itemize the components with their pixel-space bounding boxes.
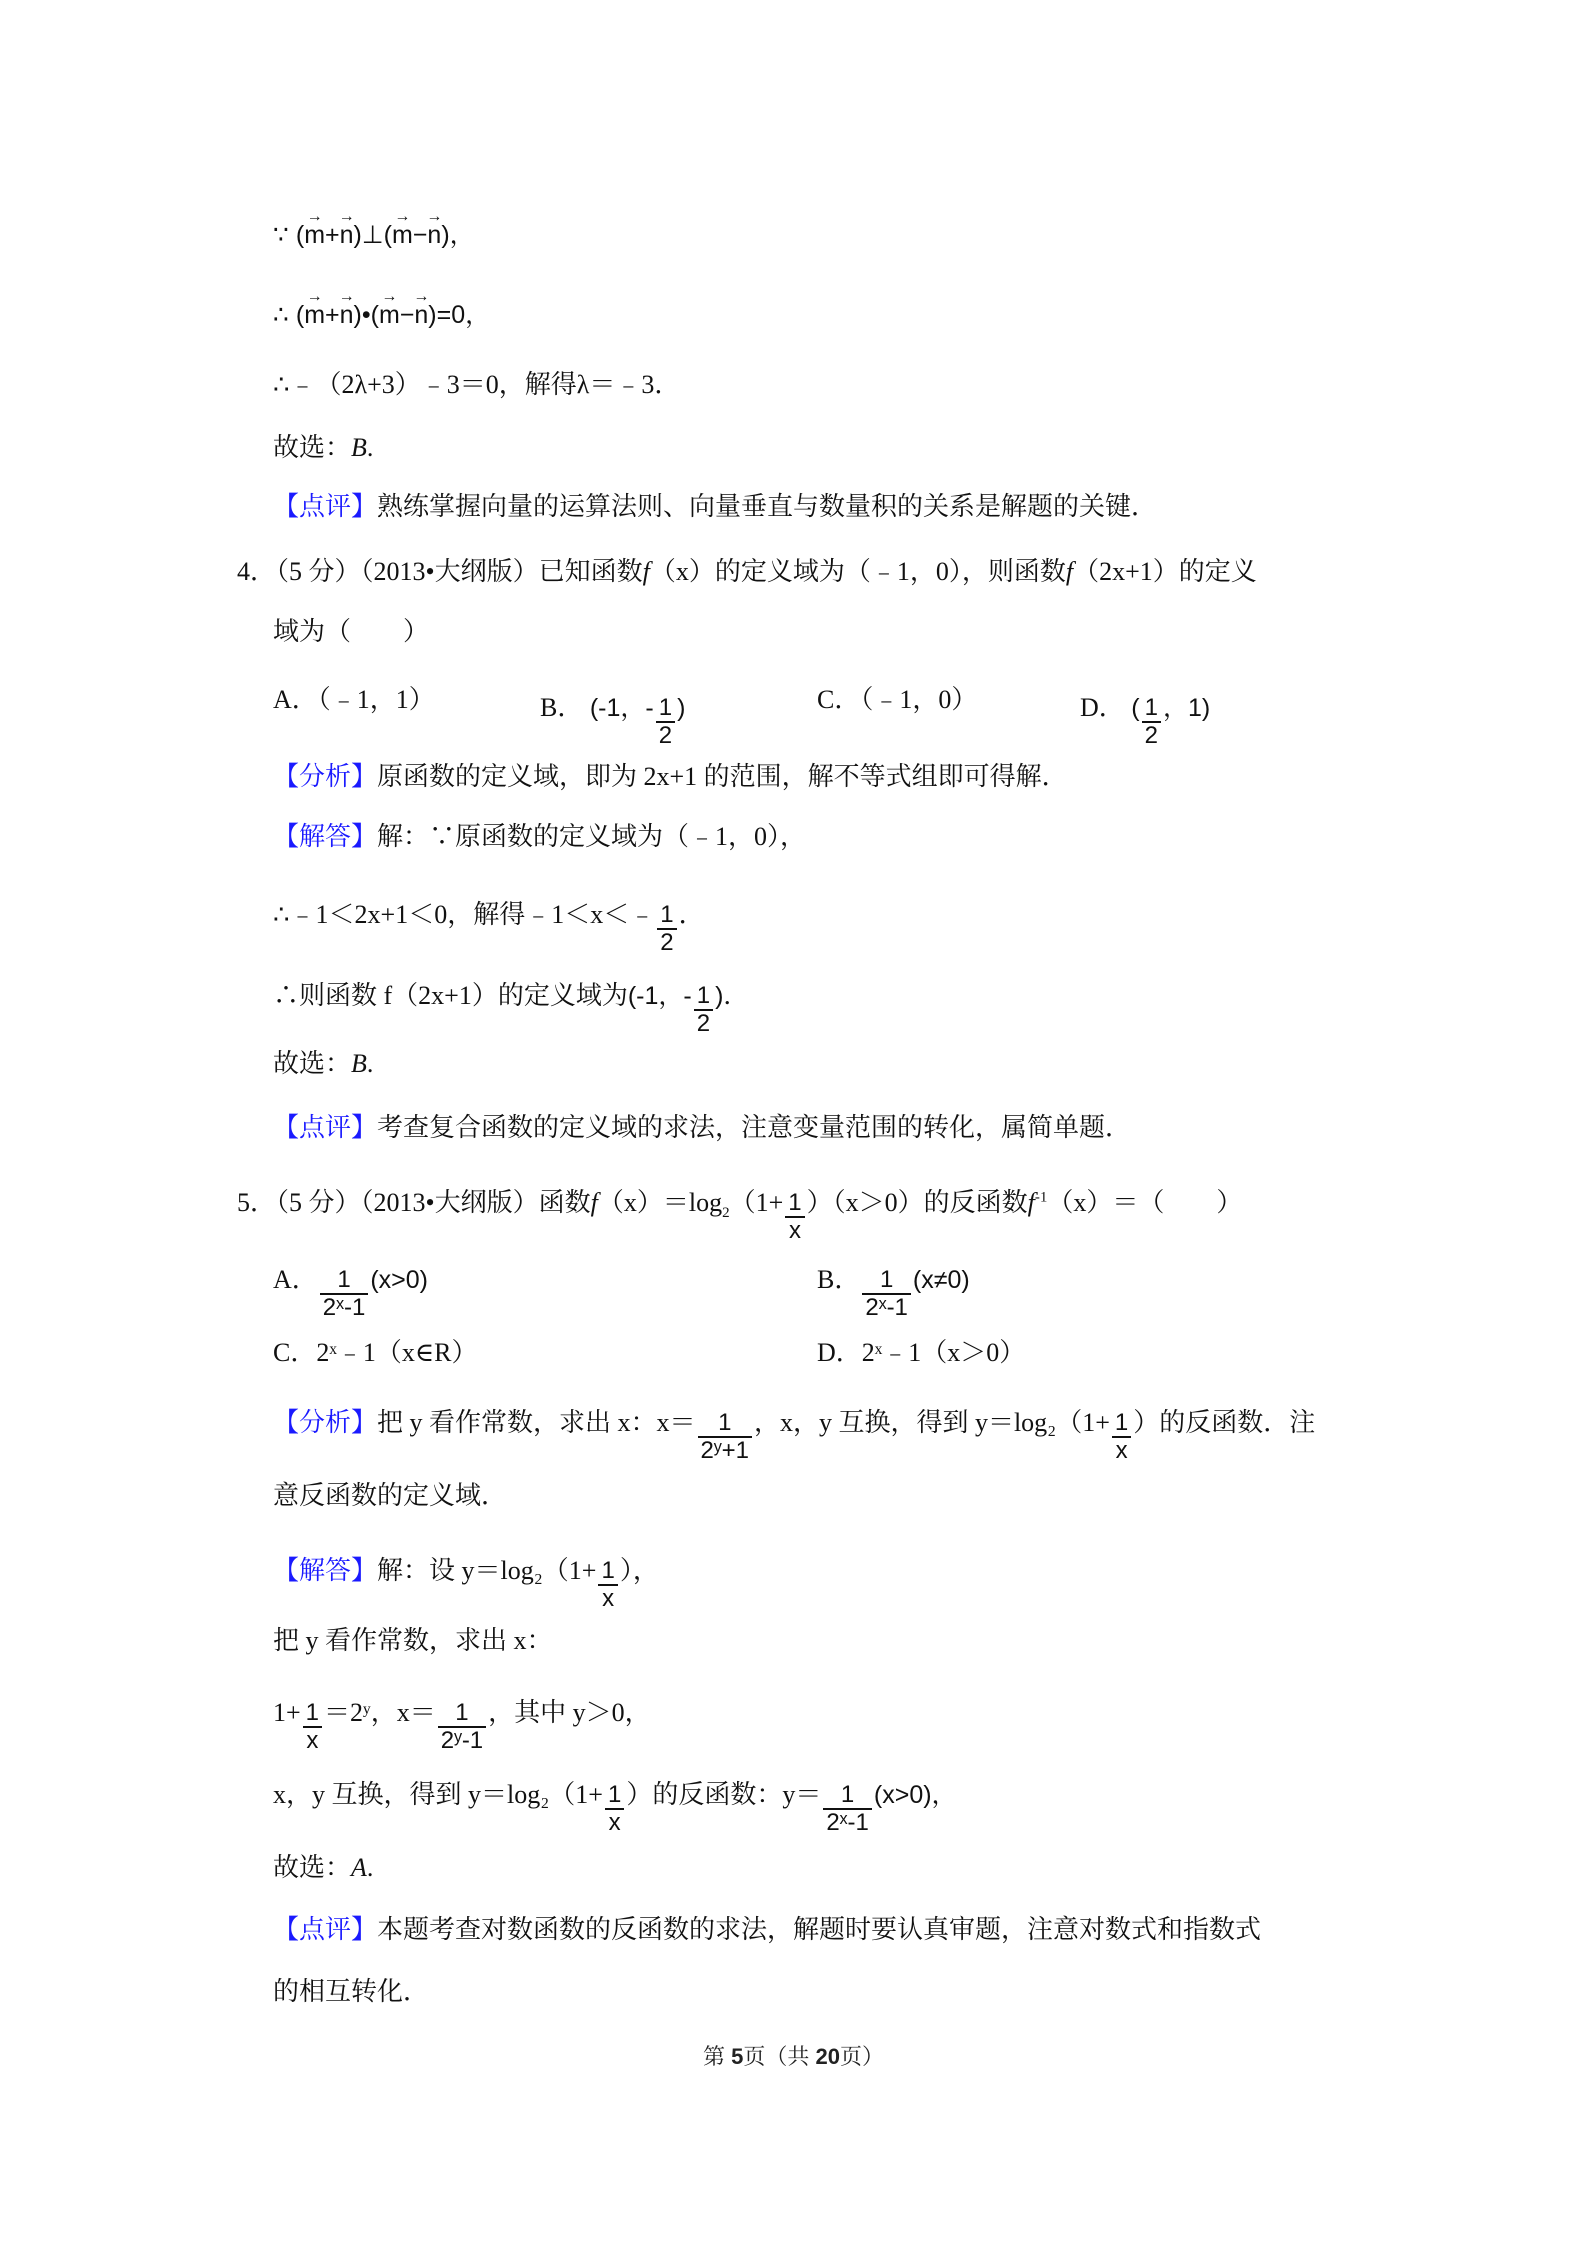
fraction: 1x (303, 1700, 322, 1754)
option-text: （﹣1，0） (860, 685, 977, 714)
numerator: 1 (657, 902, 676, 930)
q4-option-d[interactable]: D． (12，1) (1080, 683, 1210, 737)
solution-text: 解：∵原函数的定义域为（﹣1，0）， (377, 822, 806, 851)
q5-analysis: 【分析】把 y 看作常数，求出 x：x＝12ʸ+1，x，y 互换，得到 y＝lo… (273, 1398, 1315, 1452)
q3-perp-line: ∵ (m+n)⊥(m−n)， (273, 218, 475, 252)
fraction: 12ˣ-1 (823, 1782, 872, 1836)
q4-solution-l3: ∴则函数 f（2x+1）的定义域为(-1，-12)． (273, 971, 748, 1025)
option-math: (-1，- (590, 694, 654, 722)
question-number: 5． (237, 1188, 276, 1217)
fraction: 12ʸ+1 (698, 1410, 752, 1464)
fraction: 1x (785, 1190, 804, 1244)
solution-text: 解：设 y＝log₂（1+ (377, 1556, 596, 1585)
numerator: 1 (823, 1782, 872, 1810)
solution-math: )． (715, 982, 748, 1010)
fraction: 1x (1112, 1410, 1131, 1464)
page-footer: 第 5页（共 20页） (0, 2040, 1587, 2071)
answer-prefix: 故选： (273, 433, 351, 462)
total-pages: 20 (816, 2044, 840, 2069)
numerator: 1 (698, 1410, 752, 1438)
option-text: 2ˣ﹣1（x∈R） (316, 1338, 477, 1367)
answer-prefix: 故选： (273, 1853, 351, 1882)
answer-letter: B (351, 1049, 367, 1078)
solution-math: (x>0)， (874, 1781, 957, 1809)
stem-part: （x）＝（ ） (1047, 1188, 1242, 1217)
option-label: A． (273, 685, 318, 714)
stem-part: （1+ (730, 1188, 784, 1217)
question-header: （5 分）（2013•大纲版）已知函数 (276, 557, 643, 586)
q4-solution-l2: ∴﹣1＜2x+1＜0，解得﹣1＜x＜﹣12． (273, 890, 705, 944)
denominator: 2ˣ-1 (862, 1295, 911, 1321)
q5-option-d[interactable]: D．2ˣ﹣1（x＞0） (817, 1336, 1025, 1370)
comma: ， (450, 221, 475, 249)
denominator: 2 (657, 930, 676, 956)
analysis-text: ，x，y 互换，得到 y＝log₂（1+ (754, 1408, 1110, 1437)
option-label: D． (1080, 693, 1125, 722)
solution-text: ＝2ʸ，x＝ (324, 1698, 436, 1727)
fraction: 1x (598, 1558, 617, 1612)
comment-text: 本题考查对数函数的反函数的求法，解题时要认真审题，注意对数式和指数式 (377, 1915, 1261, 1944)
stem-part: （x）＝log (598, 1188, 722, 1217)
fraction: 12 (657, 902, 676, 956)
solution-text: 1+ (273, 1698, 301, 1727)
numerator: 1 (656, 695, 675, 723)
f-symbol: f (591, 1188, 598, 1217)
q5-option-b[interactable]: B．12ˣ-1(x≠0) (817, 1255, 970, 1309)
q5-stem: 5．（5 分）（2013•大纲版）函数f（x）＝log2（1+1x）（x＞0）的… (237, 1178, 1242, 1232)
comment-tag: 【点评】 (273, 1113, 377, 1142)
numerator: 1 (694, 983, 713, 1011)
analysis-text: 原函数的定义域，即为 2x+1 的范围，解不等式组即可得解． (377, 762, 1068, 791)
fraction: 12ˣ-1 (862, 1267, 911, 1321)
stem-part: （2x+1）的定义 (1073, 557, 1257, 586)
q5-analysis-l2: 意反函数的定义域． (273, 1479, 507, 1513)
solution-text: ． (679, 900, 705, 929)
numerator: 1 (862, 1267, 911, 1295)
vector-n: n (340, 218, 354, 252)
q5-comment: 【点评】本题考查对数函数的反函数的求法，解题时要认真审题，注意对数式和指数式 (273, 1913, 1261, 1947)
option-label: C． (273, 1338, 316, 1367)
denominator: 2 (656, 723, 675, 749)
option-math: ) (677, 694, 685, 722)
option-math: ，1) (1163, 694, 1210, 722)
fraction: 12 (656, 695, 675, 749)
q5-option-a[interactable]: A．12ˣ-1(x>0) (273, 1255, 428, 1309)
q3-answer: 故选：B. (273, 431, 373, 465)
q4-comment: 【点评】考查复合函数的定义域的求法，注意变量范围的转化，属简单题． (273, 1111, 1131, 1145)
solution-text: ，其中 y＞0， (488, 1698, 651, 1727)
denominator: x (303, 1728, 322, 1754)
option-label: C． (817, 685, 860, 714)
solution-text: x，y 互换，得到 y＝log₂（1+ (273, 1780, 603, 1809)
denominator: 2ʸ+1 (698, 1438, 752, 1464)
option-label: B． (540, 693, 583, 722)
question-number: 4． (237, 557, 276, 586)
numerator: 1 (785, 1190, 804, 1218)
fraction: 12ˣ-1 (320, 1267, 369, 1321)
solution-math: (-1，- (628, 982, 692, 1010)
vector-m: m (304, 298, 325, 332)
solution-text: ）的反函数：y＝ (626, 1780, 821, 1809)
q4-option-b[interactable]: B． (-1，-12) (540, 683, 685, 737)
denominator: 2ˣ-1 (823, 1810, 872, 1836)
vector-m: m (392, 218, 413, 252)
option-condition: (x≠0) (913, 1266, 970, 1294)
option-label: D． (817, 1338, 862, 1367)
footer-text: 页（共 (743, 2044, 815, 2069)
answer-prefix: 故选： (273, 1049, 351, 1078)
footer-text: 第 (703, 2044, 731, 2069)
comment-tag: 【点评】 (273, 1915, 377, 1944)
numerator: 1 (438, 1700, 486, 1728)
answer-letter: A (351, 1853, 367, 1882)
q3-comment: 【点评】熟练掌握向量的运算法则、向量垂直与数量积的关系是解题的关键． (273, 490, 1157, 524)
denominator: x (785, 1218, 804, 1244)
inverse-exponent: -1 (1035, 1189, 1048, 1205)
denominator: 2 (694, 1011, 713, 1037)
comma: ， (465, 301, 490, 329)
fraction: 12 (1142, 695, 1161, 749)
footer-text: 页） (840, 2044, 884, 2069)
option-condition: (x>0) (370, 1266, 428, 1294)
therefore-symbol: ∴ (273, 301, 289, 329)
solution-tag: 【解答】 (273, 1556, 377, 1585)
analysis-tag: 【分析】 (273, 762, 377, 791)
solution-text: ∴则函数 f（2x+1）的定义域为 (273, 981, 628, 1010)
q5-solution-l3: 1+1x＝2ʸ，x＝12ʸ-1，其中 y＞0， (273, 1688, 651, 1742)
q5-comment-l2: 的相互转化． (273, 1975, 429, 2009)
f-symbol: f (1028, 1188, 1035, 1217)
numerator: 1 (320, 1267, 369, 1295)
numerator: 1 (605, 1782, 624, 1810)
q3-solve-line: ∴﹣（2λ+3）﹣3＝0，解得λ＝﹣3． (273, 368, 680, 402)
q5-solution-l4: x，y 互换，得到 y＝log₂（1+1x）的反函数：y＝12ˣ-1(x>0)， (273, 1770, 957, 1824)
current-page: 5 (731, 2044, 743, 2069)
fraction: 12 (694, 983, 713, 1037)
q3-dot-line: ∴ (m+n)•(m−n)=0， (273, 298, 490, 332)
comment-text: 考查复合函数的定义域的求法，注意变量范围的转化，属简单题． (377, 1113, 1131, 1142)
denominator: x (605, 1810, 624, 1836)
vector-n: n (340, 298, 354, 332)
answer-letter: B (351, 433, 367, 462)
log-base: 2 (722, 1205, 730, 1221)
q4-stem-line2: 域为（ ） (273, 615, 429, 649)
numerator: 1 (598, 1558, 617, 1586)
stem-part: （x）的定义域为（﹣1，0），则函数 (650, 557, 1066, 586)
q4-stem: 4．（5 分）（2013•大纲版）已知函数f（x）的定义域为（﹣1，0），则函数… (237, 555, 1257, 589)
because-symbol: ∵ (273, 221, 289, 249)
q5-solution-l1: 【解答】解：设 y＝log₂（1+1x）， (273, 1546, 659, 1600)
numerator: 1 (1142, 695, 1161, 723)
analysis-tag: 【分析】 (273, 1408, 377, 1437)
solution-text: ）， (620, 1556, 659, 1585)
vector-n: n (414, 298, 428, 332)
solution-text: ∴﹣1＜2x+1＜0，解得﹣1＜x＜﹣ (273, 900, 655, 929)
q4-option-a[interactable]: A．（﹣1，1） (273, 683, 435, 717)
question-header: （5 分）（2013•大纲版）函数 (276, 1188, 591, 1217)
option-label: A． (273, 1265, 318, 1294)
q5-solution-l2: 把 y 看作常数，求出 x： (273, 1624, 553, 1658)
vector-m: m (379, 298, 400, 332)
denominator: x (1112, 1438, 1131, 1464)
comment-text: 熟练掌握向量的运算法则、向量垂直与数量积的关系是解题的关键． (377, 492, 1157, 521)
analysis-text: ）的反函数．注 (1133, 1408, 1315, 1437)
option-math: ( (1131, 694, 1139, 722)
denominator: 2ʸ-1 (438, 1728, 486, 1754)
q5-answer: 故选：A. (273, 1851, 373, 1885)
f-symbol: f (643, 557, 650, 586)
comment-tag: 【点评】 (273, 492, 377, 521)
option-text: （﹣1，1） (318, 685, 435, 714)
q4-solution-l1: 【解答】解：∵原函数的定义域为（﹣1，0）， (273, 820, 806, 854)
analysis-text: 把 y 看作常数，求出 x：x＝ (377, 1408, 696, 1437)
vector-m: m (304, 218, 325, 252)
solution-tag: 【解答】 (273, 822, 377, 851)
denominator: x (598, 1586, 617, 1612)
q4-answer: 故选：B. (273, 1047, 373, 1081)
numerator: 1 (1112, 1410, 1131, 1438)
fraction: 1x (605, 1782, 624, 1836)
option-text: 2ˣ﹣1（x＞0） (862, 1338, 1026, 1367)
numerator: 1 (303, 1700, 322, 1728)
option-label: B． (817, 1265, 860, 1294)
q4-analysis: 【分析】原函数的定义域，即为 2x+1 的范围，解不等式组即可得解． (273, 760, 1068, 794)
vector-n: n (427, 218, 441, 252)
fraction: 12ʸ-1 (438, 1700, 486, 1754)
denominator: 2ˣ-1 (320, 1295, 369, 1321)
q4-option-c[interactable]: C．（﹣1，0） (817, 683, 977, 717)
denominator: 2 (1142, 723, 1161, 749)
stem-part: ）（x＞0）的反函数 (807, 1188, 1028, 1217)
q5-option-c[interactable]: C．2ˣ﹣1（x∈R） (273, 1336, 477, 1370)
